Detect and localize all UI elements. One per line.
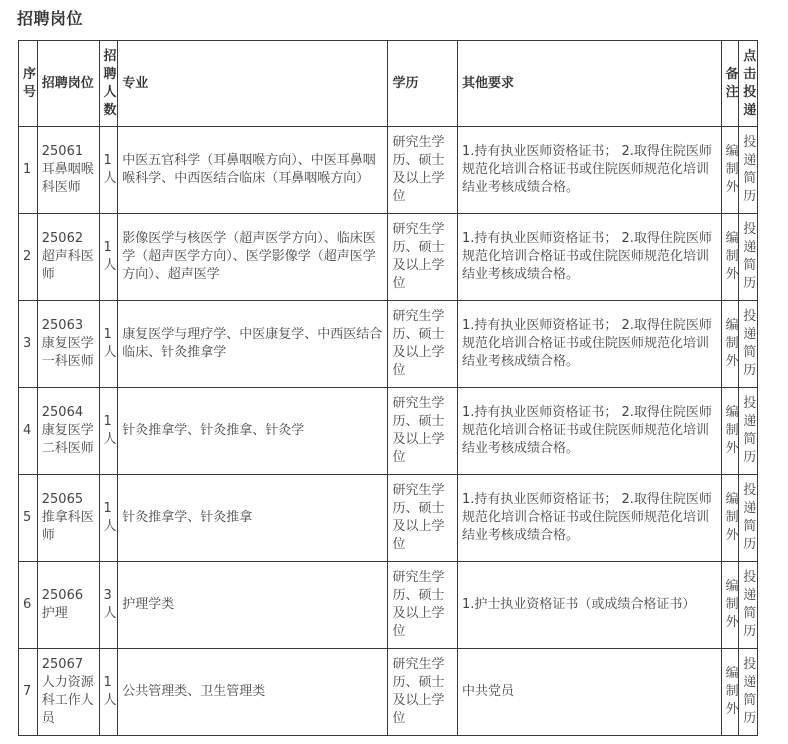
cell-requirements: 1.持有执业医师资格证书； 2.取得住院医师规范化培训合格证书或住院医师规范化培… [457, 475, 721, 562]
cell-education: 研究生学历、硕士及以上学位 [388, 475, 457, 562]
cell-education: 研究生学历、硕士及以上学位 [388, 214, 457, 301]
page-title: 招聘岗位 [17, 6, 83, 29]
header-count: 招聘人数 [99, 41, 118, 127]
cell-apply: 投递简历 [739, 475, 758, 562]
cell-note: 编制外 [721, 562, 739, 649]
cell-education: 研究生学历、硕士及以上学位 [388, 649, 457, 736]
cell-major: 中医五官科学（耳鼻咽喉方向）、中医耳鼻咽喉科学、中西医结合临床（耳鼻咽喉方向） [118, 127, 388, 214]
cell-position: 25064康复医学二科医师 [37, 388, 99, 475]
table-row: 3 25063康复医学一科医师 1人 康复医学与理疗学、中医康复学、中西医结合临… [19, 301, 758, 388]
cell-education: 研究生学历、硕士及以上学位 [388, 562, 457, 649]
cell-apply: 投递简历 [739, 649, 758, 736]
cell-no: 2 [19, 214, 38, 301]
cell-requirements: 1.持有执业医师资格证书； 2.取得住院医师规范化培训合格证书或住院医师规范化培… [457, 127, 721, 214]
job-positions-table: 序号 招聘岗位 招聘人数 专业 学历 其他要求 备注 点击投递 1 25061耳… [18, 40, 758, 736]
cell-count: 1人 [99, 127, 118, 214]
table-row: 4 25064康复医学二科医师 1人 针灸推拿学、针灸推拿、针灸学 研究生学历、… [19, 388, 758, 475]
cell-requirements: 1.持有执业医师资格证书； 2.取得住院医师规范化培训合格证书或住院医师规范化培… [457, 214, 721, 301]
cell-requirements: 中共党员 [457, 649, 721, 736]
header-requirements: 其他要求 [457, 41, 721, 127]
cell-position: 25063康复医学一科医师 [37, 301, 99, 388]
cell-position: 25065推拿科医师 [37, 475, 99, 562]
header-education: 学历 [388, 41, 457, 127]
cell-apply: 投递简历 [739, 301, 758, 388]
header-no: 序号 [19, 41, 38, 127]
header-note: 备注 [721, 41, 739, 127]
cell-major: 护理学类 [118, 562, 388, 649]
table-row: 6 25066护理 3人 护理学类 研究生学历、硕士及以上学位 1.护士执业资格… [19, 562, 758, 649]
cell-apply: 投递简历 [739, 388, 758, 475]
cell-note: 编制外 [721, 301, 739, 388]
table-row: 2 25062超声科医师 1人 影像医学与核医学（超声医学方向）、临床医学（超声… [19, 214, 758, 301]
cell-position: 25067人力资源科工作人员 [37, 649, 99, 736]
cell-count: 1人 [99, 475, 118, 562]
cell-major: 针灸推拿学、针灸推拿、针灸学 [118, 388, 388, 475]
cell-count: 1人 [99, 388, 118, 475]
cell-count: 3人 [99, 562, 118, 649]
cell-no: 1 [19, 127, 38, 214]
apply-link[interactable]: 投递简历 [743, 222, 756, 291]
table-row: 5 25065推拿科医师 1人 针灸推拿学、针灸推拿 研究生学历、硕士及以上学位… [19, 475, 758, 562]
apply-link[interactable]: 投递简历 [743, 135, 756, 204]
cell-requirements: 1.持有执业医师资格证书； 2.取得住院医师规范化培训合格证书或住院医师规范化培… [457, 388, 721, 475]
header-position: 招聘岗位 [37, 41, 99, 127]
header-apply: 点击投递 [739, 41, 758, 127]
cell-apply: 投递简历 [739, 214, 758, 301]
cell-count: 1人 [99, 214, 118, 301]
cell-note: 编制外 [721, 388, 739, 475]
cell-position: 25062超声科医师 [37, 214, 99, 301]
cell-no: 4 [19, 388, 38, 475]
apply-link[interactable]: 投递简历 [743, 483, 756, 552]
cell-requirements: 1.护士执业资格证书（或成绩合格证书） [457, 562, 721, 649]
cell-education: 研究生学历、硕士及以上学位 [388, 127, 457, 214]
cell-no: 7 [19, 649, 38, 736]
cell-count: 1人 [99, 301, 118, 388]
cell-note: 编制外 [721, 649, 739, 736]
apply-link[interactable]: 投递简历 [743, 309, 756, 378]
table-header-row: 序号 招聘岗位 招聘人数 专业 学历 其他要求 备注 点击投递 [19, 41, 758, 127]
cell-major: 公共管理类、卫生管理类 [118, 649, 388, 736]
cell-note: 编制外 [721, 475, 739, 562]
apply-link[interactable]: 投递简历 [743, 570, 756, 639]
cell-apply: 投递简历 [739, 127, 758, 214]
cell-major: 影像医学与核医学（超声医学方向）、临床医学（超声医学方向）、医学影像学（超声医学… [118, 214, 388, 301]
cell-note: 编制外 [721, 127, 739, 214]
header-major: 专业 [118, 41, 388, 127]
cell-apply: 投递简历 [739, 562, 758, 649]
table-row: 1 25061耳鼻咽喉科医师 1人 中医五官科学（耳鼻咽喉方向）、中医耳鼻咽喉科… [19, 127, 758, 214]
cell-no: 3 [19, 301, 38, 388]
cell-no: 5 [19, 475, 38, 562]
cell-count: 1人 [99, 649, 118, 736]
apply-link[interactable]: 投递简历 [743, 396, 756, 465]
cell-major: 针灸推拿学、针灸推拿 [118, 475, 388, 562]
apply-link[interactable]: 投递简历 [743, 657, 756, 726]
cell-note: 编制外 [721, 214, 739, 301]
cell-education: 研究生学历、硕士及以上学位 [388, 301, 457, 388]
table-row: 7 25067人力资源科工作人员 1人 公共管理类、卫生管理类 研究生学历、硕士… [19, 649, 758, 736]
cell-position: 25061耳鼻咽喉科医师 [37, 127, 99, 214]
cell-position: 25066护理 [37, 562, 99, 649]
cell-education: 研究生学历、硕士及以上学位 [388, 388, 457, 475]
cell-requirements: 1.持有执业医师资格证书； 2.取得住院医师规范化培训合格证书或住院医师规范化培… [457, 301, 721, 388]
cell-major: 康复医学与理疗学、中医康复学、中西医结合临床、针灸推拿学 [118, 301, 388, 388]
cell-no: 6 [19, 562, 38, 649]
